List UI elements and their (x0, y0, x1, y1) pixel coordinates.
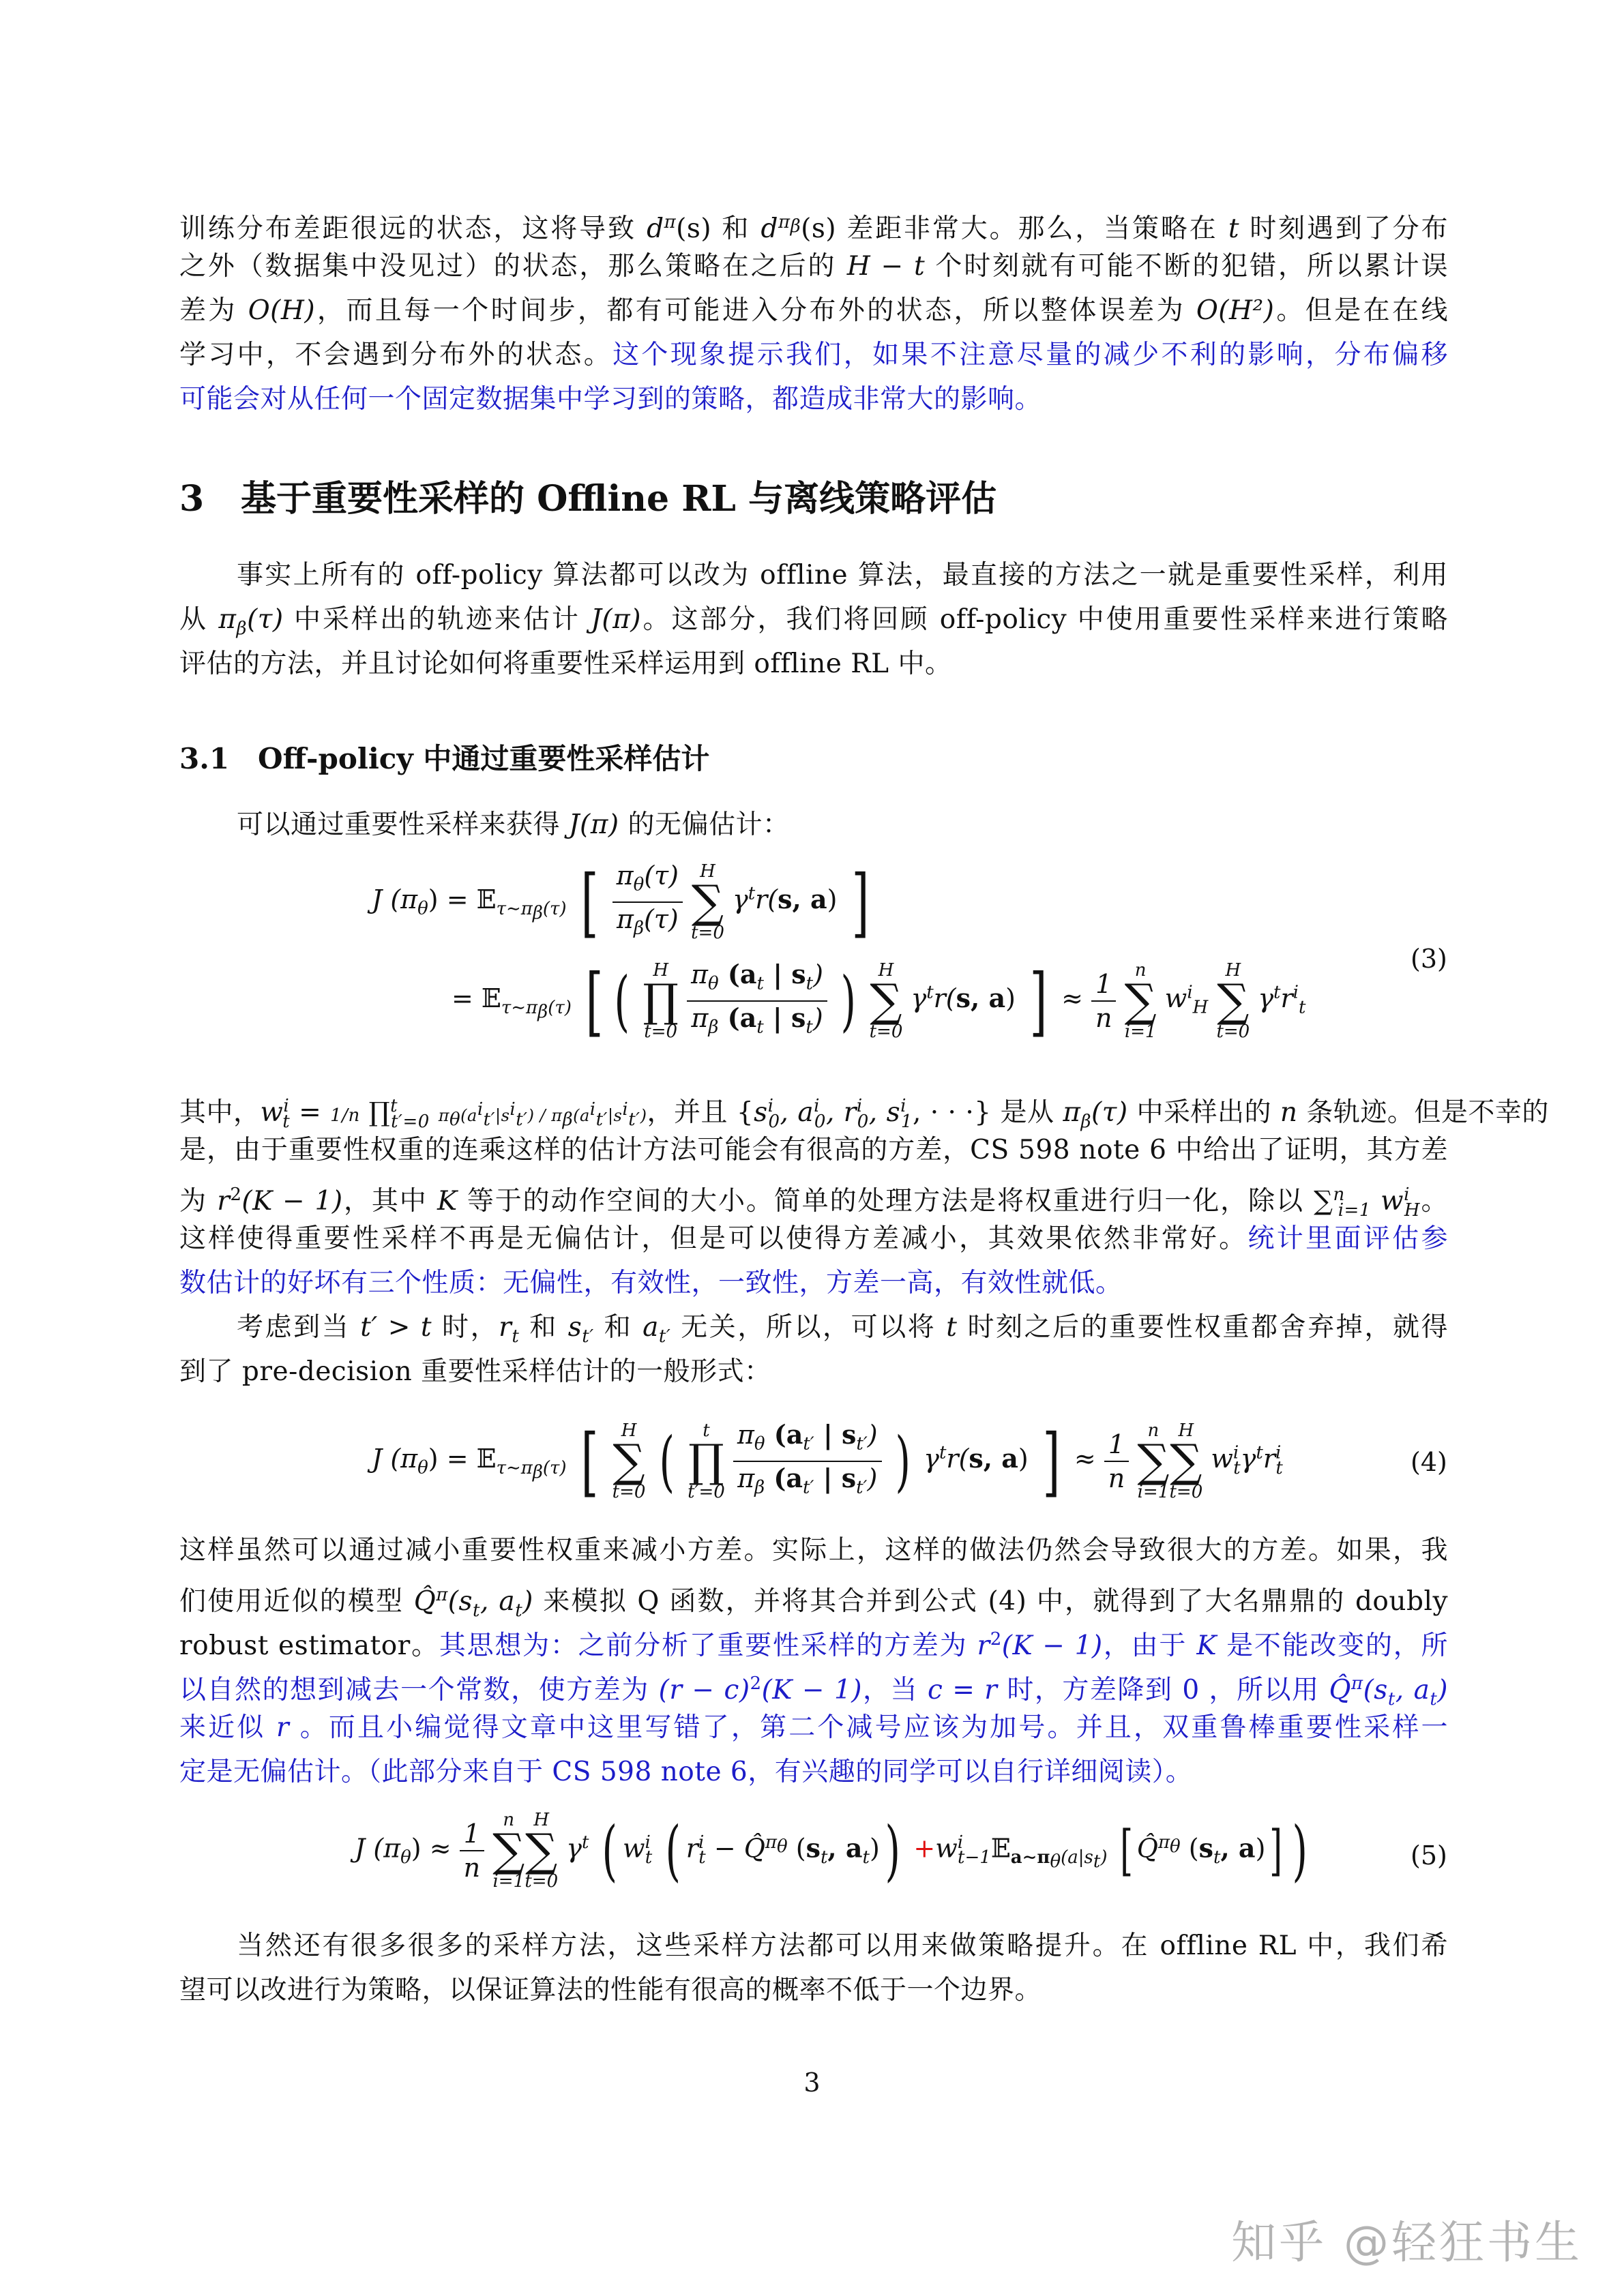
eq-text: n (1104, 1462, 1129, 1495)
eq-sub: θ (754, 1434, 765, 1455)
sum-icon: ∑ (492, 1830, 525, 1872)
intro-line-3: 差为 O(H)，而且每一个时间步，都有可能进入分布外的状态，所以整体误差为 O(… (179, 295, 1448, 327)
sum-operator: H∑t=0 (612, 1421, 646, 1502)
eq-limit: t=0 (612, 1482, 646, 1502)
highlighted-text: 可能会对从任何一个固定数据集中学习到的策略，都造成非常大的影响。 (179, 384, 1042, 415)
eq-sub: t−1 (958, 1847, 991, 1868)
sum-operator: H∑t=0 (870, 961, 903, 1041)
right-bracket: ] (1030, 964, 1048, 1039)
section-title: 基于重要性采样的 Offline RL 与离线策略评估 (241, 478, 996, 520)
text: 时刻遇到了分布 (1239, 213, 1448, 244)
eq-expectation: 𝔼 (991, 1834, 1011, 1864)
text: ，由于 (1103, 1630, 1197, 1661)
eq-bold: s (1199, 1833, 1213, 1864)
eq-sub: ) (1100, 1847, 1107, 1868)
equation-number-3: (3) (1411, 942, 1447, 975)
text: 时， (432, 1312, 499, 1343)
eq-sub: t (1233, 1458, 1240, 1478)
eq-text: r( (946, 1444, 969, 1474)
sum-icon: ∑ (691, 881, 724, 923)
eq-text: π (691, 1003, 708, 1033)
sum-operator: H∑t=0 (1216, 961, 1250, 1041)
math-t: t (1228, 213, 1239, 244)
text: (s) 差距非常大。那么，当策略在 (801, 213, 1228, 244)
eq-sub: t (821, 1847, 827, 1868)
math-text: (r − c) (659, 1675, 750, 1705)
math-sub: t′ (659, 1326, 670, 1347)
math-sub: t′ (582, 1326, 593, 1347)
intro-line-1: 训练分布差距很远的状态，这将导致 dπ(s) 和 dπβ(s) 差距非常大。那么… (179, 206, 1448, 245)
inline-math-weight: wit = 1/n ∏tt′=0 πθ(ait′|sit′) / πβ(ait′… (261, 1097, 647, 1128)
left-bracket: [ (580, 1424, 598, 1499)
eq-sub: t (756, 1017, 763, 1037)
eq-limit: t′=0 (688, 1482, 725, 1502)
eq-sub: θ (1170, 1836, 1181, 1857)
highlighted-plus-sign: + (913, 1834, 935, 1864)
eq-bold: | s (764, 959, 806, 989)
math-text: c = r (928, 1675, 997, 1705)
text: 这样虽然可以通过减小重要性权重来减小方差。实际上，这样的做法仍然会导致很大的方差… (179, 1535, 1448, 1566)
eq-text: 1 (1091, 968, 1116, 1002)
para2-line-2: 是，由于重要性权重的连乘这样的估计方法可能会有很高的方差，CS 598 note… (179, 1134, 1448, 1167)
sum-icon: ∑ (870, 980, 903, 1022)
eq-text: r (1263, 1444, 1275, 1474)
inline-math-n: n (1280, 1097, 1298, 1128)
para2-line-1: 其中，wit = 1/n ∏tt′=0 πθ(ait′|sit′) / πβ(a… (179, 1090, 1448, 1138)
subsection-heading: 3.1Off-policy 中通过重要性采样估计 (179, 741, 709, 777)
subsection-number: 3.1 (179, 741, 258, 777)
eq-sup: t (582, 1832, 589, 1853)
eq-bold: s (806, 1833, 821, 1864)
text: 训练分布差距很远的状态，这将导致 (179, 213, 647, 244)
text: ，其中 (343, 1186, 437, 1217)
highlighted-text: 以自然的想到减去一个常数，使方差为 (179, 1675, 659, 1705)
eq-sup: t (748, 883, 755, 904)
eq-sub: (τ) (543, 899, 567, 919)
eq-text: (τ) (644, 904, 679, 934)
section-number: 3 (179, 477, 241, 521)
eq-fraction: 1n (1091, 968, 1116, 1034)
eq-sub: θ (417, 899, 428, 919)
eq-fraction: πθ (at | st) πβ (at | st) (687, 958, 827, 1043)
eq-sub: t′ (856, 1434, 867, 1455)
eq-text: π (617, 904, 634, 934)
math-text: ) (522, 1586, 533, 1617)
section3-line-2: 从 πβ(τ) 中采样出的轨迹来估计 J(π)。这部分，我们将回顾 off-po… (179, 603, 1448, 645)
text: 们使用近似的模型 (179, 1586, 414, 1617)
eq-bold: s, a (969, 1443, 1018, 1474)
intro-line-5: 可能会对从任何一个固定数据集中学习到的策略，都造成非常大的影响。 (179, 383, 1448, 416)
text: 考虑到当 (237, 1312, 360, 1343)
math-sub: t (473, 1600, 480, 1621)
left-paren: ( (666, 1818, 681, 1883)
eq-sub: t′ (803, 1477, 814, 1497)
text: 事实上所有的 off-policy 算法都可以改为 offline 算法，最直接… (237, 560, 1448, 591)
eq-q-hat: Q̂ (1137, 1834, 1158, 1864)
text: 学习中，不会遇到分布外的状态。 (179, 340, 612, 370)
eq-text: ) (1005, 983, 1016, 1013)
eq-text: n (1091, 1002, 1116, 1034)
eq-limit: i=1 (1125, 1022, 1157, 1041)
sum-icon: ∑ (525, 1830, 558, 1872)
eq-text: n (460, 1851, 484, 1884)
eq-text: ) (813, 1003, 823, 1033)
math-text: , a (480, 1586, 515, 1617)
eq-bold: | s (764, 1002, 806, 1033)
eq-text: π (691, 959, 708, 989)
eq-limit: t=0 (691, 923, 724, 942)
math-sub: t (1388, 1689, 1396, 1710)
eq-text: γ (1241, 1444, 1256, 1474)
eq-bold: (a (765, 1463, 803, 1493)
eq-bold: (a (765, 1419, 803, 1450)
eq-bold: (a (719, 959, 757, 989)
sum-icon: ∑ (1216, 980, 1250, 1022)
eq-text: π (737, 1463, 754, 1493)
text: 是，由于重要性权重的连乘这样的估计方法可能会有很高的方差，CS 598 note… (179, 1135, 1448, 1165)
eq-text: (τ) (644, 861, 679, 891)
para4-line-1: 这样虽然可以通过减小重要性权重来减小方差。实际上，这样的做法仍然会导致很大的方差… (179, 1534, 1448, 1567)
left-paren: ( (659, 1429, 674, 1494)
eq-sub: t (863, 1847, 870, 1868)
eq-sub: β (634, 918, 644, 938)
eq-sup: t (1256, 1442, 1263, 1463)
eq-sub: β (754, 1477, 765, 1497)
product-icon: ∏ (688, 1440, 725, 1482)
section31-intro: 可以通过重要性采样来获得 J(π) 的无偏估计： (237, 809, 1448, 841)
math-text: (s (448, 1586, 473, 1617)
para2-line-3: 为 r2(K − 1)，其中 K 等于的动作空间的大小。简单的处理方法是将权重进… (179, 1178, 1448, 1227)
math-h-minus-t: H − t (847, 251, 925, 282)
section3-line-3: 评估的方法，并且讨论如何将重要性采样运用到 offline RL 中。 (179, 648, 1448, 681)
right-paren: ) (1292, 1818, 1307, 1883)
equation-number-5: (5) (1411, 1839, 1447, 1872)
eq-sub: t (645, 1847, 652, 1868)
eq-text: γ (566, 1834, 582, 1864)
eq-sub: t (1093, 1851, 1100, 1872)
math-r: r (276, 1712, 289, 1743)
right-paren: ) (895, 1429, 910, 1494)
page-number: 3 (0, 2066, 1624, 2099)
text: 无关，所以，可以将 (670, 1312, 946, 1343)
para5-line-2: 望可以改进行为策略，以保证算法的性能有很高的概率不低于一个边界。 (179, 1974, 1448, 2007)
math-k-minus-1: (K − 1) (241, 1186, 342, 1217)
math-pi: π (778, 212, 791, 233)
text: 个时刻就有可能不断的犯错，所以累计误 (925, 251, 1448, 282)
eq-sup: i (1187, 982, 1192, 1002)
eq-text: 1 (460, 1817, 484, 1851)
math-sup: π (1351, 1673, 1363, 1694)
text: (s) 和 (676, 213, 761, 244)
text: 来模拟 Q 函数，并将其合并到公式 (4) 中，就得到了大名鼎鼎的 doubly (533, 1586, 1448, 1617)
eq-sub: θ (1050, 1851, 1061, 1872)
eq-text: γ (1258, 983, 1273, 1013)
math-tau: (τ) (247, 604, 284, 635)
math-sub: t (1430, 1689, 1437, 1710)
eq-lhs: J (π (372, 884, 417, 914)
math-sub: i=1 (1338, 1200, 1371, 1221)
math-j-pi: J(π) (591, 604, 641, 635)
left-bracket: [ (1120, 1813, 1133, 1888)
right-paren: ) (885, 1818, 900, 1883)
text: ，并且 { (647, 1097, 754, 1128)
eq-sub: t (806, 974, 813, 994)
sum-icon: ∑ (1137, 1440, 1169, 1482)
eq-text: r( (934, 983, 956, 1013)
math-sub: H (1404, 1200, 1420, 1221)
para4-line-5: 来近似 r 。而且小编觉得文章中这里写错了，第二个减号应该为加号。并且，双重鲁棒… (179, 1712, 1448, 1744)
text: 之外（数据集中没见过）的状态，那么策略在之后的 (179, 251, 847, 282)
eq-sup: i (1293, 982, 1299, 1002)
eq-sub: θ (708, 974, 719, 994)
eq-limit: t=0 (525, 1872, 558, 1891)
eq-sub: τ∼π (497, 1458, 533, 1478)
eq-text: w (623, 1834, 645, 1864)
highlighted-text: 定是无偏估计。（此部分来自于 CS 598 note 6，有兴趣的同学可以自行详… (179, 1757, 1192, 1787)
text: 可以通过重要性采样来获得 (237, 809, 569, 840)
left-paren: ( (614, 968, 629, 1034)
equation-number-4: (4) (1411, 1446, 1447, 1478)
math-beta: β (791, 216, 801, 237)
math-r: r (499, 1312, 512, 1343)
highlighted-text: 来近似 (179, 1712, 276, 1743)
eq-text: ) (827, 884, 838, 914)
math-sup: π (664, 212, 677, 233)
eq-sup: t (1273, 982, 1280, 1002)
inline-math-pi-beta: πβ(τ) (1063, 1097, 1127, 1128)
approx-symbol: ≈ (1074, 1444, 1096, 1474)
text: 。这部分，我们将回顾 off-policy 中使用重要性采样来进行策略 (641, 604, 1448, 635)
approx-symbol: ≈ (1061, 983, 1083, 1013)
equation-3-line-2: = 𝔼τ∼πβ(τ) [( H∏t=0 πθ (at | st) πβ (at … (452, 958, 1305, 1043)
math-sup: πβ (778, 212, 801, 233)
eq-limit: t=0 (1169, 1482, 1202, 1502)
eq-sub: β (537, 1002, 548, 1022)
eq-bold: s, a (956, 983, 1005, 1013)
para3-line-1: 考虑到当 t′ > t 时，rt 和 st′ 和 at′ 无关，所以，可以将 t… (237, 1311, 1448, 1353)
product-operator: t∏t′=0 (688, 1421, 725, 1502)
text: 的无偏估计： (619, 809, 790, 840)
right-bracket: ] (1270, 1813, 1283, 1888)
eq-fraction: πθ (at′ | st′) πβ (at′ | st′) (733, 1418, 882, 1504)
math-sub: t (512, 1326, 519, 1347)
watermark: 知乎 @轻狂书生 (1231, 2206, 1582, 2271)
math-q-hat: Q̂ (414, 1586, 436, 1617)
eq-text: − (706, 1834, 744, 1864)
intro-line-2: 之外（数据集中没见过）的状态，那么策略在之后的 H − t 个时刻就有可能不断的… (179, 250, 1448, 283)
math-sup: π (436, 1585, 448, 1605)
para4-line-6: 定是无偏估计。（此部分来自于 CS 598 note 6，有兴趣的同学可以自行详… (179, 1756, 1448, 1789)
highlighted-text: ，当 (862, 1675, 928, 1705)
eq-text: w (935, 1834, 958, 1864)
math-beta: β (237, 618, 248, 639)
eq-sub: θ (634, 875, 645, 895)
math-text: (K − 1) (1002, 1630, 1103, 1661)
eq-text: γ (733, 884, 748, 914)
text: 。 (1420, 1186, 1448, 1217)
eq-text: 1 (1104, 1428, 1129, 1462)
eq-sub: t (806, 1017, 812, 1037)
left-paren: ( (602, 1818, 617, 1883)
eq-expectation: = 𝔼 (447, 1444, 497, 1474)
para4-line-3: robust estimator。其思想为：之前分析了重要性采样的方差为 r2(… (179, 1623, 1448, 1663)
math-a: a (643, 1312, 659, 1343)
product-operator: H∏t=0 (643, 961, 679, 1041)
eq-text: ) (868, 1420, 878, 1450)
sum-icon: ∑ (612, 1440, 646, 1482)
eq-sub: t′ (856, 1477, 867, 1497)
eq-sup: t (939, 1442, 946, 1463)
sum-operator: H∑t=0 (691, 862, 724, 942)
eq-sub: t (757, 974, 764, 994)
eq-sup: π (1158, 1832, 1170, 1853)
highlighted-text: 其思想为：之前分析了重要性采样的方差为 r2(K − 1)，由于 K 是不能改变… (439, 1630, 1448, 1661)
eq-text: ) (813, 959, 823, 989)
eq-text: π (617, 861, 634, 891)
eq-text: w (1211, 1444, 1233, 1474)
text: 到了 pre-decision 重要性采样估计的一般形式： (179, 1356, 771, 1387)
section3-line-1: 事实上所有的 off-policy 算法都可以改为 offline 算法，最直接… (237, 559, 1448, 592)
eq-sub: a∼π (1011, 1847, 1050, 1868)
eq-sub: θ (777, 1836, 788, 1857)
eq-lhs: J (π (372, 1444, 417, 1474)
eq-limit: t=0 (1216, 1022, 1250, 1041)
math-r: r (217, 1186, 230, 1217)
eq-bold: s, a (778, 884, 827, 914)
eq-sub: θ (400, 1847, 411, 1868)
highlighted-text: 时，方差降到 0 ，所以用 (997, 1675, 1329, 1705)
eq-expectation: = 𝔼 (447, 884, 497, 914)
math-t: t (946, 1312, 957, 1343)
math-oh2: O(H²) (1196, 295, 1275, 326)
text: 中采样出的 (1128, 1097, 1280, 1128)
math-text: (s (1363, 1675, 1388, 1705)
product-icon: ∏ (643, 980, 679, 1022)
eq-bold: | s (814, 1463, 856, 1493)
right-bracket: ] (851, 865, 869, 940)
eq-q-hat: Q̂ (744, 1834, 765, 1864)
eq-fraction: 1n (460, 1817, 484, 1884)
text: 和 (594, 1312, 643, 1343)
equation-4: J (πθ) = 𝔼τ∼πβ(τ) [ H∑t=0 ( t∏t′=0 πθ (a… (372, 1418, 1283, 1504)
eq-text: r (686, 1834, 698, 1864)
inline-math-trajectory: si0, ai0, ri0, si1 (754, 1097, 913, 1128)
text: 其思想为：之前分析了重要性采样的方差为 (439, 1630, 977, 1661)
text: 条轨迹。但是不幸的 (1297, 1097, 1548, 1128)
text: 中采样出的轨迹来估计 (284, 604, 591, 635)
highlighted-text: 。而且小编觉得文章中这里写错了，第二个减号应该为加号。并且，双重鲁棒重要性采样一 (289, 1712, 1448, 1743)
math-oh: O(H) (248, 295, 315, 326)
text: 其中， (179, 1097, 261, 1128)
highlighted-text: 数估计的好坏有三个性质：无偏性，有效性，一致性，方差一高，有效性就低。 (179, 1268, 1123, 1298)
math-k: K (437, 1186, 458, 1217)
equation-5: J (πθ) ≈ 1n n∑i=1H∑t=0 γt (wit (rit − Q̂… (355, 1810, 1312, 1891)
text: 等于的动作空间的大小。简单的处理方法是将权重进行归一化，除以 (458, 1186, 1314, 1217)
math-text: , a (1396, 1675, 1430, 1705)
eq-sub: β (533, 903, 543, 923)
eq-text: γ (924, 1444, 939, 1474)
text: 这样使得重要性采样不再是无偏估计，但是可以使得方差减小，其效果依然非常好。 (179, 1223, 1247, 1254)
sum-icon: ∑ (1125, 980, 1157, 1022)
eq-bold: | s (814, 1419, 857, 1450)
section-heading: 3基于重要性采样的 Offline RL 与离线策略评估 (179, 477, 996, 521)
sum-icon: ∑ (1314, 1186, 1333, 1217)
eq-sub: β (533, 1462, 543, 1482)
math-sup: 2 (750, 1673, 762, 1694)
text: 为 (179, 1186, 217, 1217)
text: 。但是在在线 (1274, 295, 1448, 326)
math-t-prime-gt-t: t′ > t (360, 1312, 432, 1343)
para3-line-2: 到了 pre-decision 重要性采样估计的一般形式： (179, 1356, 1448, 1388)
math-r: r (977, 1630, 990, 1661)
math-k: K (1196, 1630, 1217, 1661)
intro-line-4: 学习中，不会遇到分布外的状态。这个现象提示我们，如果不注意尽量的减少不利的影响，… (179, 339, 1448, 372)
eq-limit: t=0 (870, 1022, 903, 1041)
text: 差为 (179, 295, 248, 326)
eq-text: ) (1018, 1444, 1029, 1474)
eq-bold: , a (1220, 1833, 1255, 1864)
math-q-hat: Q̂ (1329, 1675, 1351, 1705)
text: 当然还有很多很多的采样方法，这些采样方法都可以用来做策略提升。在 offline… (237, 1930, 1448, 1961)
text: 从 (179, 604, 218, 635)
text: 和 (519, 1312, 568, 1343)
sum-operator: n∑i=1 (492, 1810, 525, 1891)
sum-operator: H∑t=0 (1169, 1421, 1202, 1502)
math-sup: 2 (990, 1629, 1002, 1650)
eq-bold: , a (827, 1833, 862, 1864)
para2-line-4: 这样使得重要性采样不再是无偏估计，但是可以使得方差减小，其效果依然非常好。统计里… (179, 1223, 1448, 1255)
eq-limit: i=1 (492, 1872, 525, 1891)
math-sup: 2 (230, 1184, 241, 1205)
highlighted-text: 统计里面评估参 (1247, 1223, 1448, 1254)
eq-sub: β (708, 1017, 718, 1037)
math-text: (K − 1) (762, 1675, 862, 1705)
eq-sup: t (926, 982, 933, 1002)
text: 望可以改进行为策略，以保证算法的性能有很高的概率不低于一个边界。 (179, 1975, 1042, 2006)
text: 是不能改变的，所 (1217, 1630, 1448, 1661)
eq-lhs: J (π (355, 1834, 400, 1864)
eq-sub: H (1193, 998, 1209, 1018)
subsection-title: Off-policy 中通过重要性采样估计 (258, 742, 709, 775)
eq-sup: π (765, 1832, 777, 1853)
equation-3-line-1: J (πθ) = 𝔼τ∼πβ(τ) [ πθ(τ) πβ(τ) H∑t=0 γt… (372, 859, 874, 944)
para5-line-1: 当然还有很多很多的采样方法，这些采样方法都可以用来做策略提升。在 offline… (237, 1930, 1448, 1963)
math-sub: t (515, 1600, 522, 1621)
eq-text: π (737, 1420, 754, 1450)
eq-sub: (τ) (548, 998, 572, 1018)
eq-fraction: 1n (1104, 1428, 1129, 1495)
eq-sub: τ∼π (501, 998, 537, 1018)
eq-sub: (τ) (543, 1458, 567, 1478)
eq-bold: (a (718, 1002, 756, 1033)
right-bracket: ] (1042, 1424, 1060, 1499)
eq-sub: t (698, 1847, 705, 1868)
text: robust estimator。 (179, 1630, 439, 1661)
sum-operator: H∑t=0 (525, 1810, 558, 1891)
math-w: w (1371, 1186, 1404, 1217)
eq-sub: (a|s (1061, 1847, 1093, 1868)
eq-fraction: πθ(τ) πβ(τ) (612, 859, 683, 944)
text: ，而且每一个时间步，都有可能进入分布外的状态，所以整体误差为 (315, 295, 1196, 326)
eq-sub: t′ (803, 1434, 814, 1455)
math-d: d (761, 213, 778, 244)
eq-sub: t (1213, 1847, 1220, 1868)
sum-operator: n∑i=1 (1125, 961, 1157, 1041)
approx-symbol: ≈ (430, 1834, 452, 1864)
math-d: d (647, 213, 664, 244)
right-paren: ) (841, 968, 856, 1034)
text: , · · ·} 是从 (913, 1097, 1063, 1128)
